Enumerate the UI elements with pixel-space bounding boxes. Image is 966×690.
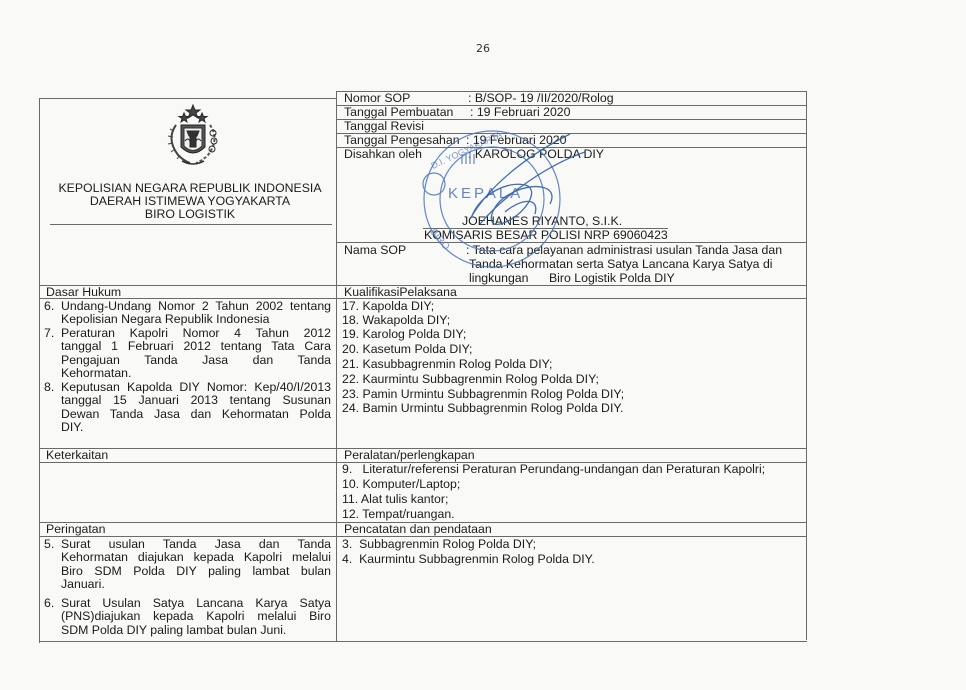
list-item: 21. Kasubbagrenmin Rolog Polda DIY; (342, 358, 552, 371)
nomor-value: : B/SOP- 19 /II/2020/Rolog (468, 92, 614, 105)
list-item: 12. Tempat/ruangan. (342, 508, 455, 521)
pembuatan-label: Tanggal Pembuatan (344, 106, 453, 119)
table-border-right (806, 91, 807, 640)
kualifikasi-heading: KualifikasiPelaksana (344, 286, 457, 299)
nama-sop-label: Nama SOP (344, 244, 406, 257)
list-item: 17. Kapolda DIY; (342, 300, 434, 313)
org-line-3: BIRO LOGISTIK (45, 208, 335, 221)
pengesahan-value: : 19 Februari 2020 (466, 134, 567, 147)
list-item: 4. Kaurmintu Subbagrenmin Rolog Polda DI… (342, 553, 595, 566)
keterkaitan-heading: Keterkaitan (46, 449, 108, 462)
list-item: 9. Literatur/referensi Peraturan Perunda… (342, 463, 765, 476)
peralatan-heading: Peralatan/perlengkapan (344, 449, 475, 462)
disahkan-label: Disahkan oleh (344, 148, 422, 161)
list-item: 11. Alat tulis kantor; (342, 493, 448, 506)
nama-sop-line-3: lingkungan Biro Logistik Polda DIY (469, 272, 675, 285)
list-item: 22. Kaurmintu Subbagrenmin Rolog Polda D… (342, 373, 599, 386)
stamp-kepala-text: KEPALA (448, 185, 523, 202)
list-item: 18. Wakapolda DIY; (342, 314, 450, 327)
police-emblem-icon (154, 103, 232, 171)
nomor-label: Nomor SOP (344, 92, 410, 105)
org-underline (50, 224, 332, 225)
revisi-label: Tanggal Revisi (344, 120, 424, 133)
table-border-bottom (39, 641, 807, 642)
pengesahan-label: Tanggal Pengesahan (344, 134, 460, 147)
signatory-name: JOEHANES RIYANTO, S.I.K. (462, 215, 622, 228)
pencatatan-heading: Pencatatan dan pendataan (344, 523, 492, 536)
table-divider-center (336, 91, 337, 642)
table-border-top-left (39, 98, 336, 99)
table-border-left (39, 98, 40, 643)
signatory-rank: KOMISARIS BESAR POLISI NRP 69060423 (424, 229, 668, 242)
nama-sop-line-2: Tanda Kehormatan serta Satya Lancana Kar… (469, 258, 773, 271)
page-number: 26 (0, 42, 966, 55)
list-item: 20. Kasetum Polda DIY; (342, 343, 472, 356)
pembuatan-value: : 19 Februari 2020 (470, 106, 571, 119)
list-item: 24. Bamin Urmintu Subbagrenmin Rolog Pol… (342, 402, 623, 415)
peringatan-heading: Peringatan (46, 523, 105, 536)
list-item: 10. Komputer/Laptop; (342, 478, 460, 491)
list-item: 23. Pamin Urmintu Subbagrenmin Rolog Pol… (342, 388, 624, 401)
dasar-hukum-heading: Dasar Hukum (46, 286, 121, 299)
list-item: 3. Subbagrenmin Rolog Polda DIY; (342, 538, 536, 551)
list-item: 19. Karolog Polda DIY; (342, 328, 466, 341)
nama-sop-line-1: : Tata cara pelayanan administrasi usula… (466, 244, 782, 257)
disahkan-value: : KAROLOG POLDA DIY (468, 148, 604, 161)
